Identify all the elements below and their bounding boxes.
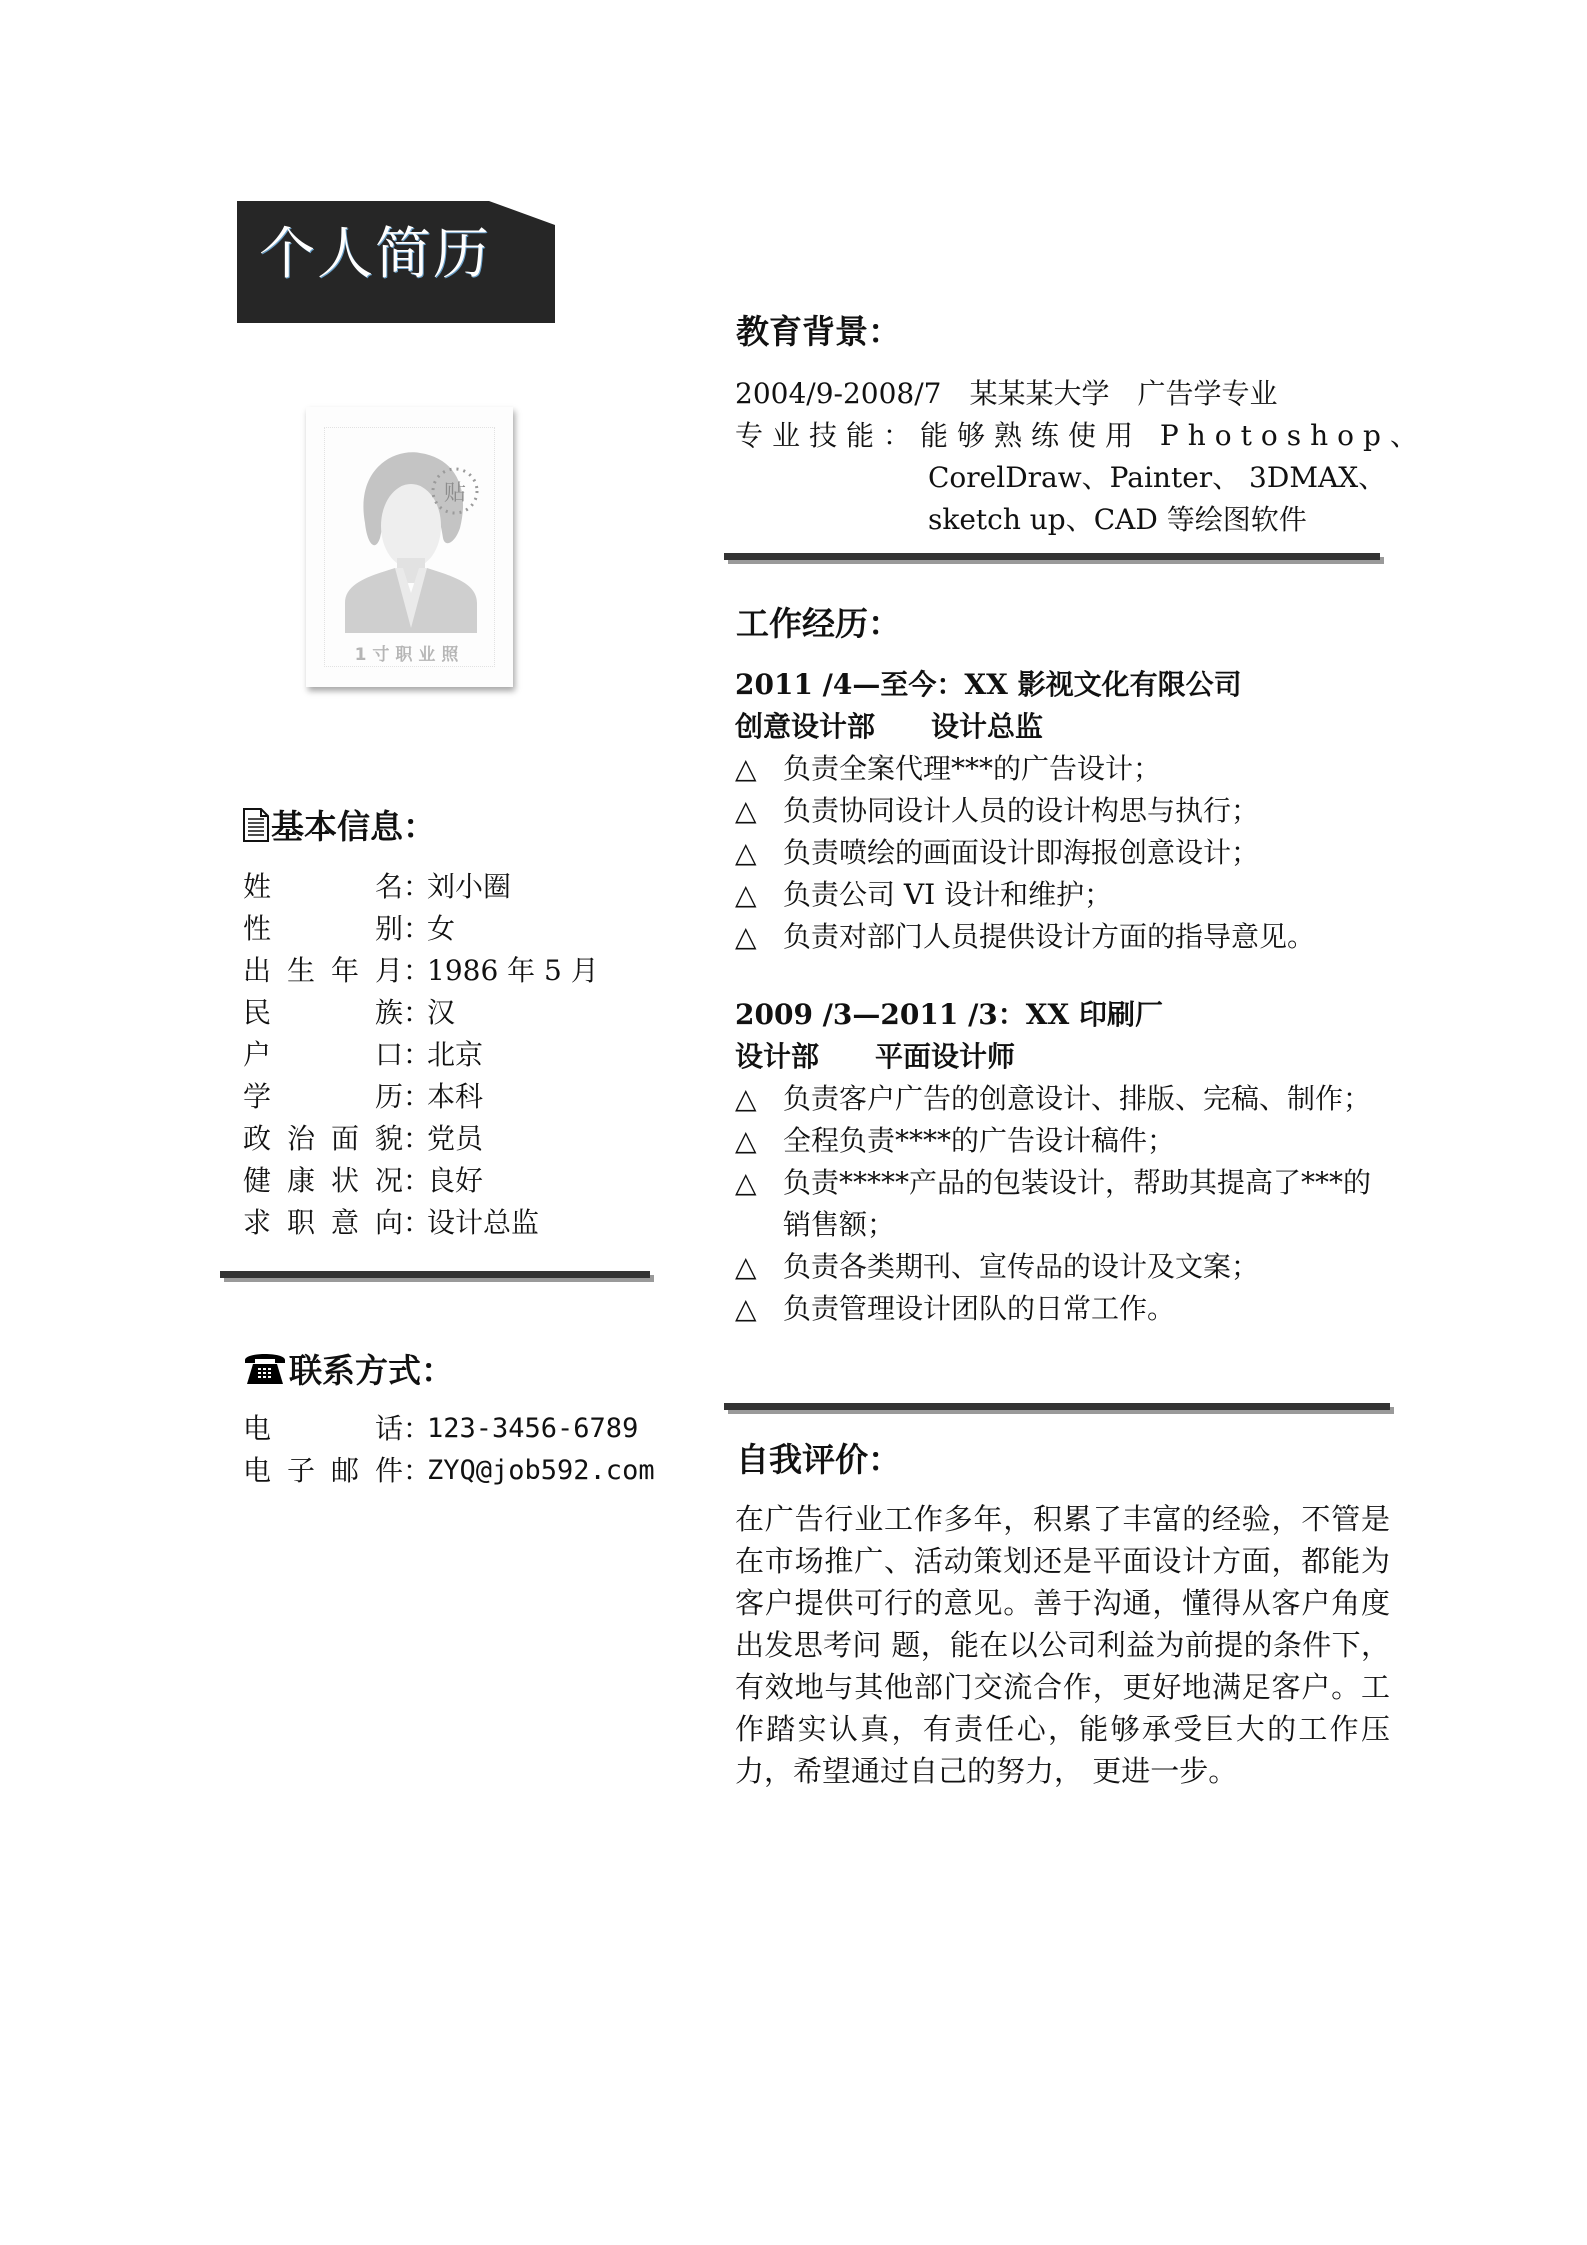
info-value: 设计总监 (427, 1202, 539, 1244)
basic-info-heading-text: 基本信息： (271, 807, 436, 846)
info-row-birth: 出生年月：1986 年 5 月 (243, 950, 599, 992)
basic-info-heading: 基本信息： (243, 808, 436, 847)
info-row-health: 健康状况：良好 (243, 1160, 599, 1202)
info-value: 女 (427, 908, 455, 950)
info-value: 1986 年 5 月 (427, 950, 599, 992)
triangle-bullet-icon: △ (735, 1162, 783, 1246)
info-label: 姓名 (243, 866, 403, 908)
work-section: 2011 /4—至今：XX 影视文化有限公司 创意设计部 设计总监 △负责全案代… (735, 664, 1390, 1330)
info-value: 良好 (427, 1160, 483, 1202)
triangle-bullet-icon: △ (735, 1078, 783, 1120)
job-period-company: 2009 /3—2011 /3：XX 印刷厂 (735, 994, 1390, 1036)
work-heading: 工作经历： (736, 607, 901, 640)
resume-title: 个人简历 (259, 227, 491, 283)
triangle-bullet-icon: △ (735, 916, 783, 958)
contact-heading: 联系方式： (243, 1350, 454, 1391)
skills-label: 专业技能： (735, 419, 920, 452)
duty-item: △负责对部门人员提供设计方面的指导意见。 (735, 916, 1390, 958)
phone-number: 123-3456-6789 (427, 1408, 638, 1450)
info-row-objective: 求职意向：设计总监 (243, 1202, 599, 1244)
job-dept-title: 设计部 平面设计师 (735, 1036, 1390, 1078)
info-label: 电子邮件 (243, 1450, 403, 1492)
section-divider (724, 1403, 1390, 1410)
info-label: 政治面貌 (243, 1118, 403, 1160)
job-period-company: 2011 /4—至今：XX 影视文化有限公司 (735, 664, 1390, 706)
info-label: 健康状况 (243, 1160, 403, 1202)
education-section: 2004/9-2008/7 某某某大学 广告学专业 专业技能：能够熟练使用 Ph… (735, 373, 1390, 541)
job-entry: 2009 /3—2011 /3：XX 印刷厂 设计部 平面设计师 △负责客户广告… (735, 994, 1390, 1330)
triangle-bullet-icon: △ (735, 874, 783, 916)
job-dept-title: 创意设计部 设计总监 (735, 706, 1390, 748)
self-evaluation-heading: 自我评价： (736, 1443, 901, 1476)
duty-item: △负责协同设计人员的设计构思与执行； (735, 790, 1390, 832)
self-evaluation-text: 在广告行业工作多年，积累了丰富的经验，不管是在市场推广、活动策划还是平面设计方面… (735, 1498, 1390, 1792)
triangle-bullet-icon: △ (735, 790, 783, 832)
section-divider (724, 553, 1380, 560)
info-row-name: 姓名：刘小圈 (243, 866, 599, 908)
info-value: 刘小圈 (427, 866, 511, 908)
info-row-gender: 性别：女 (243, 908, 599, 950)
info-label: 求职意向 (243, 1202, 403, 1244)
contact-row-phone: 电话：123-3456-6789 (243, 1408, 655, 1450)
info-value: 汉 (427, 992, 455, 1034)
contact-heading-text: 联系方式： (289, 1351, 454, 1390)
info-row-education: 学历：本科 (243, 1076, 599, 1118)
photo-frame: 贴 (324, 427, 495, 667)
photo-stamp: 贴 (444, 481, 466, 506)
duty-item: △负责全案代理***的广告设计； (735, 748, 1390, 790)
duty-item: △负责客户广告的创意设计、排版、完稿、制作； (735, 1078, 1390, 1120)
duty-item: △负责各类期刊、宣传品的设计及文案； (735, 1246, 1390, 1288)
info-label: 出生年月 (243, 950, 403, 992)
duty-item: △负责*****产品的包装设计，帮助其提高了***的销售额； (735, 1162, 1390, 1246)
info-label: 民族 (243, 992, 403, 1034)
basic-info-list: 姓名：刘小圈 性别：女 出生年月：1986 年 5 月 民族：汉 户口：北京 学… (243, 866, 599, 1244)
email-link[interactable]: ZYQ@job592.com (427, 1450, 655, 1492)
info-value: 党员 (427, 1118, 483, 1160)
info-label: 户口 (243, 1034, 403, 1076)
contact-list: 电话：123-3456-6789 电子邮件：ZYQ@job592.com (243, 1408, 655, 1492)
info-label: 学历 (243, 1076, 403, 1118)
resume-title-banner: 个人简历 (237, 201, 555, 324)
info-value: 北京 (427, 1034, 483, 1076)
triangle-bullet-icon: △ (735, 1246, 783, 1288)
education-degree: 2004/9-2008/7 某某某大学 广告学专业 (735, 373, 1390, 415)
info-label: 电话 (243, 1408, 403, 1450)
avatar-silhouette-icon: 贴 (325, 428, 496, 668)
triangle-bullet-icon: △ (735, 1288, 783, 1330)
photo-caption: 1寸职业照 (306, 640, 513, 665)
info-label: 性别 (243, 908, 403, 950)
telephone-icon (243, 1350, 287, 1391)
profile-photo-placeholder: 贴 1寸职业照 (306, 407, 513, 687)
triangle-bullet-icon: △ (735, 1120, 783, 1162)
info-value: 本科 (427, 1076, 483, 1118)
duty-item: △全程负责****的广告设计稿件； (735, 1120, 1390, 1162)
duty-item: △负责喷绘的画面设计即海报创意设计； (735, 832, 1390, 874)
skills-text-3: sketch up、CAD 等绘图软件 (735, 499, 1390, 541)
education-skills-line: 专业技能：能够熟练使用 Photoshop、 (735, 415, 1390, 457)
duty-item: △负责管理设计团队的日常工作。 (735, 1288, 1390, 1330)
skills-text-1: 能够熟练使用 Photoshop、 (920, 419, 1427, 452)
info-row-political: 政治面貌：党员 (243, 1118, 599, 1160)
education-heading: 教育背景： (736, 315, 901, 348)
info-row-hukou: 户口：北京 (243, 1034, 599, 1076)
duty-item: △负责公司 VI 设计和维护； (735, 874, 1390, 916)
skills-text-2: CorelDraw、Painter、 3DMAX、 (735, 457, 1390, 499)
job-entry: 2011 /4—至今：XX 影视文化有限公司 创意设计部 设计总监 △负责全案代… (735, 664, 1390, 958)
contact-row-email: 电子邮件：ZYQ@job592.com (243, 1450, 655, 1492)
info-row-ethnicity: 民族：汉 (243, 992, 599, 1034)
section-divider (220, 1271, 650, 1278)
triangle-bullet-icon: △ (735, 748, 783, 790)
triangle-bullet-icon: △ (735, 832, 783, 874)
document-icon (243, 808, 269, 847)
